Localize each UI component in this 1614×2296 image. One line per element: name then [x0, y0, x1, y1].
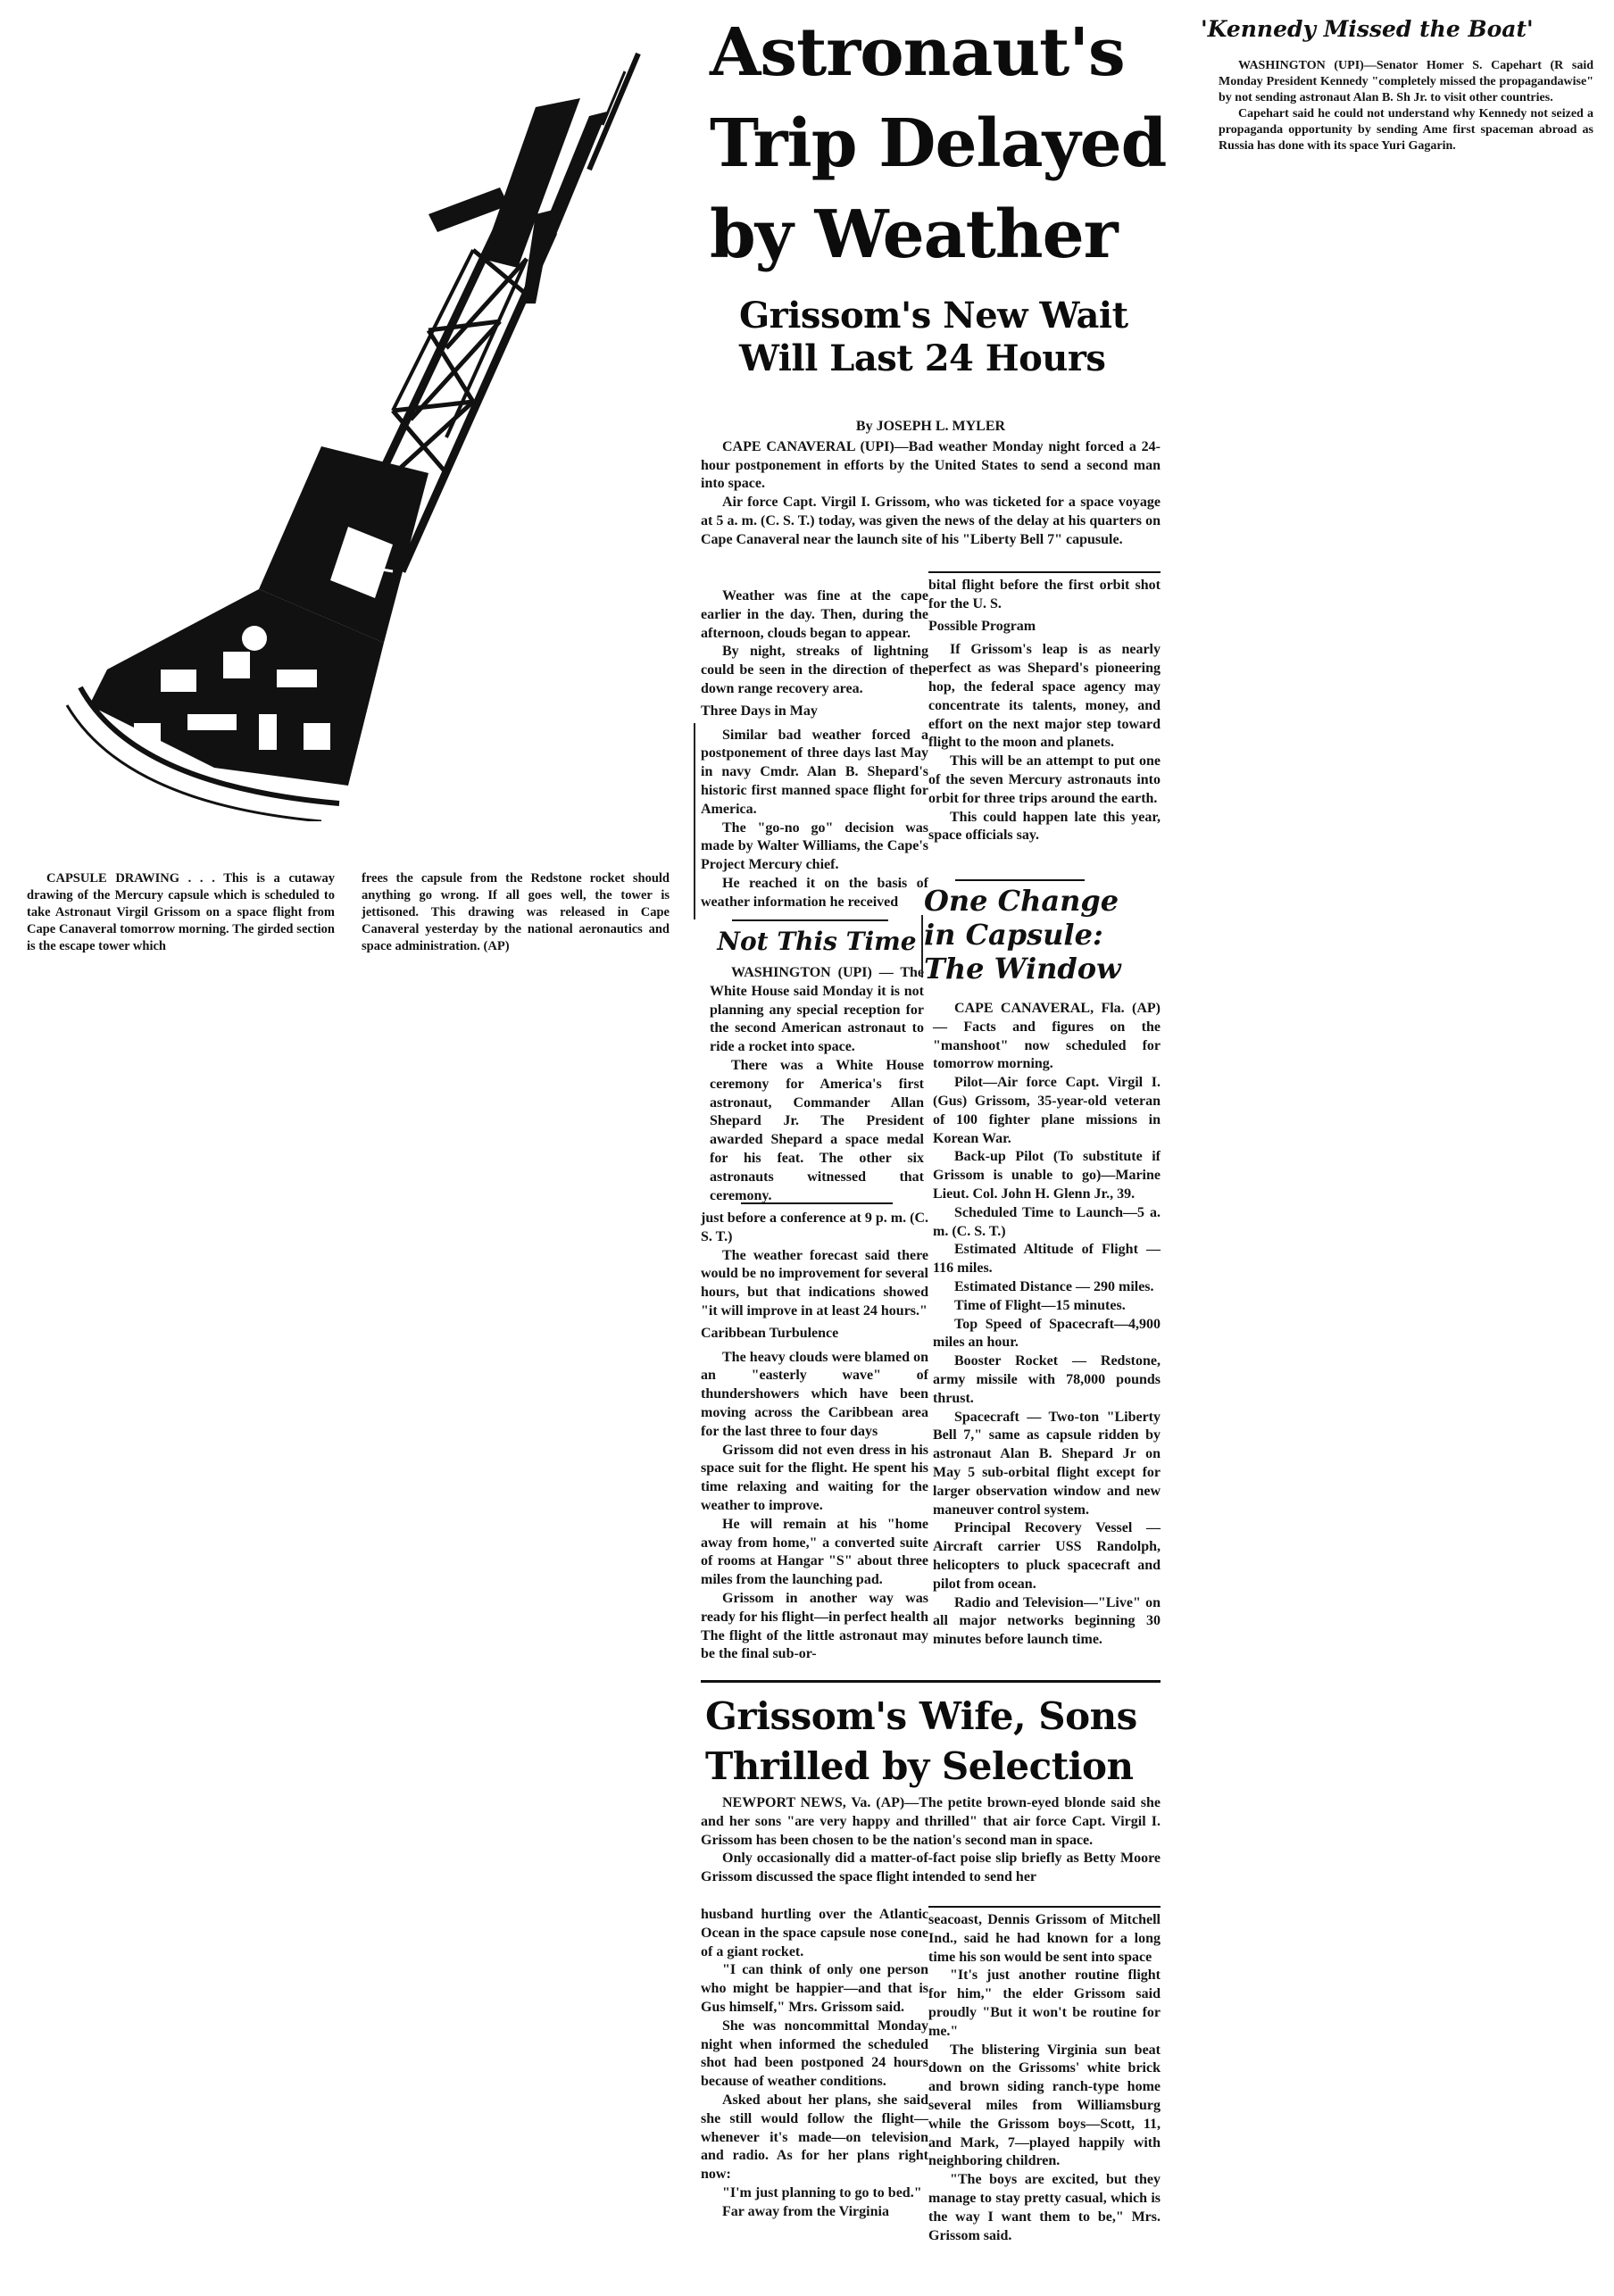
- wife-story-headline: Grissom's Wife, Sons Thrilled by Selecti…: [705, 1692, 1169, 1792]
- subhead-possible-program: Possible Program: [928, 618, 1161, 636]
- wife-story-col-right: seacoast, Dennis Grissom of Mitchell Ind…: [928, 1906, 1161, 2245]
- main-subheadline: Grissom's New Wait Will Last 24 Hours: [739, 295, 1159, 380]
- subhead-caribbean: Caribbean Turbulence: [701, 1325, 928, 1343]
- box-rule-left: [694, 723, 695, 919]
- section-divider: [701, 1680, 1161, 1683]
- capsule-illustration: [54, 27, 670, 821]
- wife-story-col-left: husband hurtling over the Atlantic Ocean…: [701, 1906, 928, 2222]
- mercury-capsule-icon: [54, 27, 670, 821]
- rule: [732, 919, 888, 921]
- rule: [928, 1906, 1161, 1908]
- capsule-change-headline: One Change in Capsule: The Window: [924, 884, 1165, 986]
- wife-story-lead: NEWPORT NEWS, Va. (AP)—The petite brown-…: [701, 1794, 1161, 1887]
- rule: [928, 571, 1161, 573]
- illustration-caption-col2: frees the capsule from the Redstone rock…: [362, 870, 670, 955]
- main-story-lead: By JOSEPH L. MYLER CAPE CANAVERAL (UPI)—…: [701, 418, 1161, 550]
- main-story-col-right: bital flight before the first orbit shot…: [928, 571, 1161, 845]
- byline: By JOSEPH L. MYLER: [701, 418, 1161, 437]
- not-this-time-body: WASHINGTON (UPI) — The White House said …: [710, 964, 924, 1205]
- kennedy-headline: 'Kennedy Missed the Boat': [1201, 16, 1611, 42]
- not-this-time-headline: Not This Time: [701, 927, 933, 956]
- main-story-col-left-continued: just before a conference at 9 p. m. (C. …: [701, 1210, 928, 1664]
- capsule-change-body: CAPE CANAVERAL, Fla. (AP) — Facts and fi…: [933, 1000, 1161, 1650]
- main-headline: Astronaut's Trip Delayed by Weather: [710, 7, 1174, 280]
- rule: [955, 879, 1085, 881]
- illustration-caption-col1: CAPSULE DRAWING . . . This is a cutaway …: [27, 870, 335, 955]
- kennedy-body: WASHINGTON (UPI)—Senator Homer S. Capeha…: [1219, 58, 1593, 154]
- rule: [741, 1202, 893, 1204]
- box-rule-right: [921, 915, 923, 977]
- subhead-three-days: Three Days in May: [701, 703, 928, 721]
- main-story-col-left: Weather was fine at the cape earlier in …: [701, 587, 928, 912]
